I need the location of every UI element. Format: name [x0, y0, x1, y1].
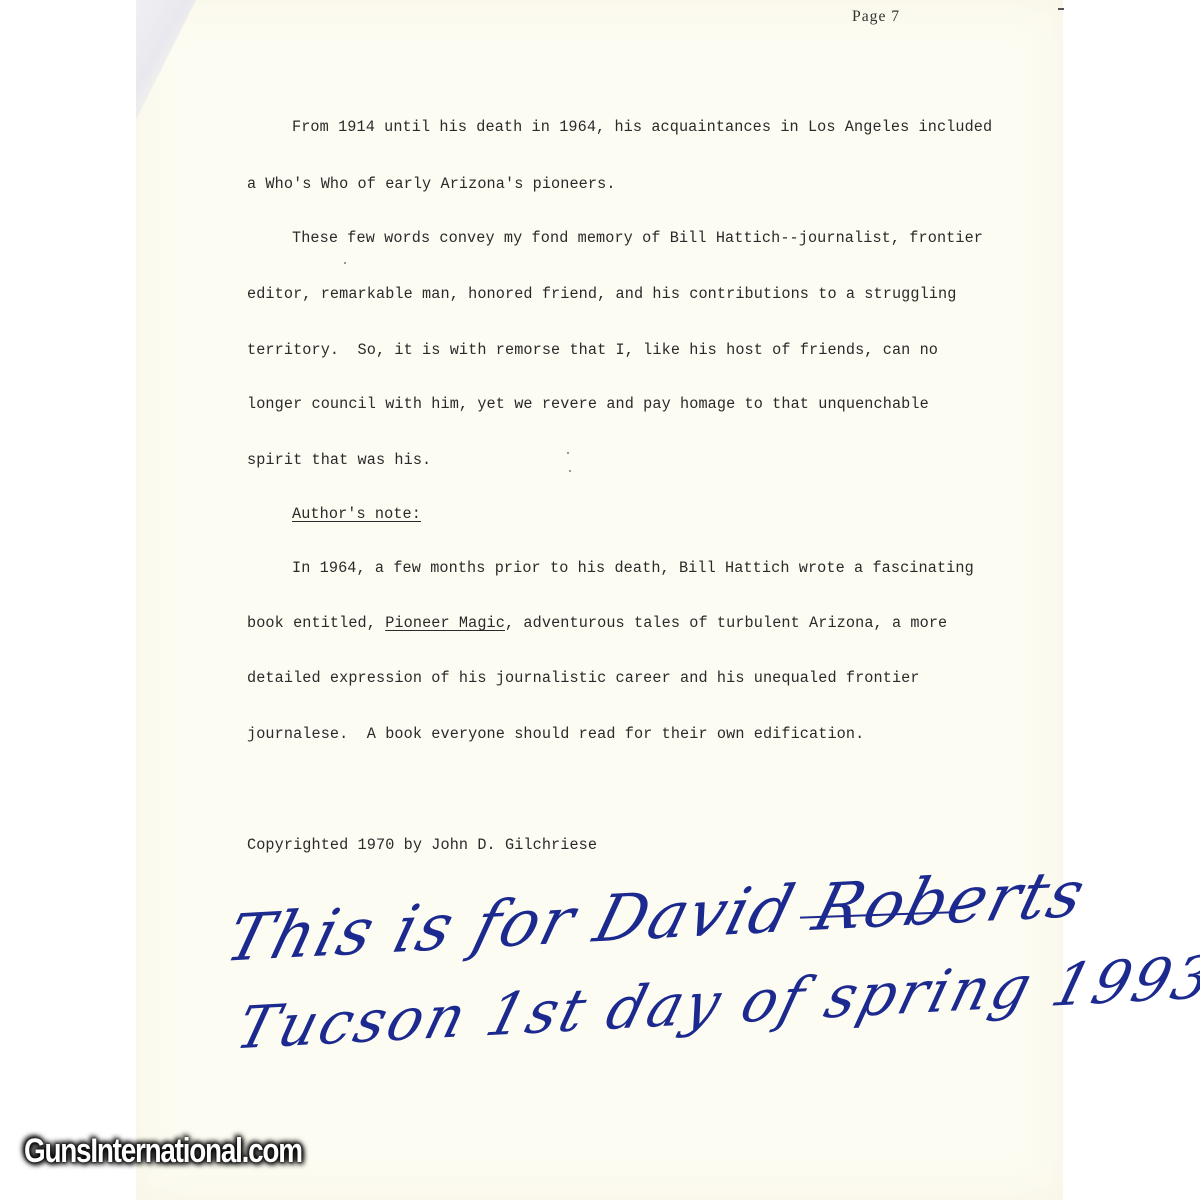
paper-speck [344, 262, 346, 264]
paper-speck [567, 452, 569, 454]
copyright-line: Copyrighted 1970 by John D. Gilchriese [247, 836, 597, 854]
body-line: From 1914 until his death in 1964, his a… [292, 118, 992, 136]
paper-speck [569, 470, 571, 472]
note-line: In 1964, a few months prior to his death… [292, 559, 974, 577]
body-line: territory. So, it is with remorse that I… [247, 341, 938, 359]
note-line: detailed expression of his journalistic … [247, 669, 920, 687]
authors-note-heading: Author's note: [292, 505, 421, 523]
body-line: longer council with him, yet we revere a… [247, 395, 929, 413]
note-line: book entitled, Pioneer Magic, adventurou… [247, 614, 947, 632]
paper-speck [1058, 8, 1064, 10]
body-line: spirit that was his. [247, 451, 431, 469]
note-line-text: book entitled, [247, 614, 385, 632]
note-line: journalese. A book everyone should read … [247, 725, 864, 743]
book-title: Pioneer Magic [385, 614, 505, 632]
note-line-text: , adventurous tales of turbulent Arizona… [505, 614, 947, 632]
body-line: These few words convey my fond memory of… [292, 229, 983, 247]
body-line: editor, remarkable man, honored friend, … [247, 285, 956, 303]
watermark-logo: GunsInternational.com [24, 1132, 302, 1171]
page-number: Page 7 [852, 8, 900, 26]
body-line: a Who's Who of early Arizona's pioneers. [247, 175, 616, 193]
